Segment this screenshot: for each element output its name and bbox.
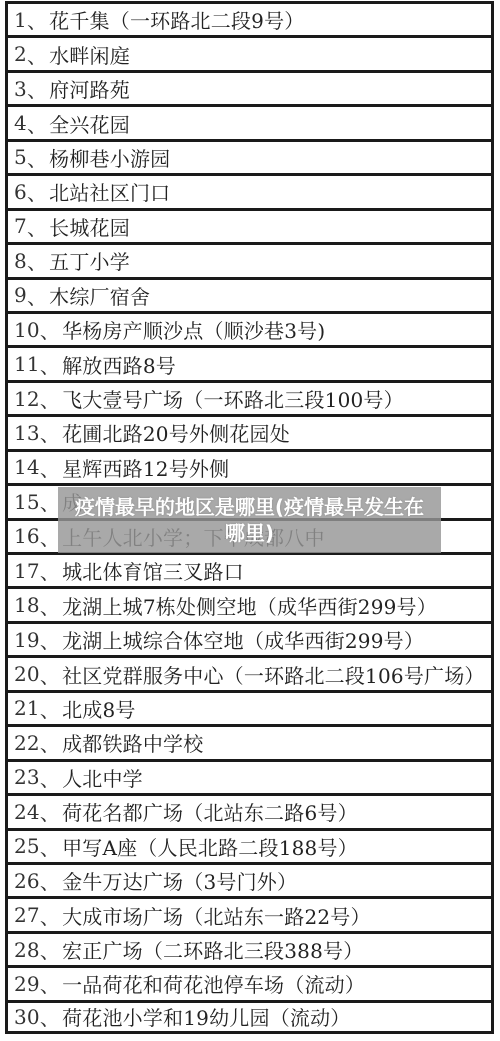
list-item: 8、五丁小学 (8, 242, 491, 276)
item-text: 长城花园 (49, 212, 130, 241)
item-number: 11 (14, 352, 40, 376)
item-text: 花圃北路20号外侧花园处 (62, 418, 290, 447)
item-text: 水畔闲庭 (49, 40, 130, 69)
list-item: 6、北站社区门口 (8, 173, 491, 207)
item-text: 解放西路8号 (62, 350, 176, 379)
list-item: 3、府河路苑 (8, 70, 491, 104)
title-overlay-banner: 疫情最早的地区是哪里(疫情最早发生在哪里) (58, 487, 441, 553)
item-number: 12 (14, 387, 40, 411)
item-number: 28 (14, 938, 40, 962)
item-number: 22 (14, 731, 40, 755)
list-item: 20、社区党群服务中心（一环路北二段106号广场） (8, 655, 491, 689)
item-number: 14 (14, 455, 40, 479)
item-text: 府河路苑 (49, 74, 130, 103)
list-item: 26、金牛万达广场（3号门外） (8, 862, 491, 896)
item-number: 4 (14, 111, 27, 135)
item-text: 成都铁路中学校 (62, 728, 203, 757)
list-item: 7、长城花园 (8, 208, 491, 242)
item-number: 5 (14, 145, 27, 169)
item-separator: 、 (40, 694, 60, 723)
list-item: 29、一品荷花和荷花池停车场（流动） (8, 965, 491, 999)
item-separator: 、 (27, 5, 47, 34)
list-item: 5、杨柳巷小游园 (8, 139, 491, 173)
item-number: 27 (14, 903, 40, 927)
item-text: 全兴花园 (49, 109, 130, 138)
item-text: 一品荷花和荷花池停车场（流动） (62, 969, 365, 998)
item-separator: 、 (40, 315, 60, 344)
item-separator: 、 (27, 212, 47, 241)
list-item: 27、大成市场广场（北站东一路22号） (8, 896, 491, 930)
list-item: 18、龙湖上城7栋处侧空地（成华西街299号） (8, 586, 491, 620)
item-number: 3 (14, 77, 27, 101)
item-separator: 、 (40, 866, 60, 895)
item-number: 17 (14, 559, 40, 583)
item-separator: 、 (40, 625, 60, 654)
item-text: 北站社区门口 (49, 177, 170, 206)
list-item: 21、北成8号 (8, 690, 491, 724)
item-text: 荷花池小学和19幼儿园（流动） (62, 1002, 350, 1031)
item-text: 人北中学 (62, 763, 143, 792)
item-number: 10 (14, 318, 40, 342)
item-number: 18 (14, 593, 40, 617)
list-item: 2、水畔闲庭 (8, 35, 491, 69)
item-number: 13 (14, 421, 40, 445)
item-separator: 、 (40, 384, 60, 413)
list-item: 9、木综厂宿舍 (8, 277, 491, 311)
list-item: 19、龙湖上城综合体空地（成华西街299号） (8, 621, 491, 655)
item-text: 金牛万达广场（3号门外） (62, 866, 297, 895)
item-separator: 、 (40, 728, 60, 757)
item-separator: 、 (40, 935, 60, 964)
item-separator: 、 (40, 763, 60, 792)
item-number: 24 (14, 800, 40, 824)
list-item: 1、花千集（一环路北二段9号） (8, 1, 491, 35)
item-separator: 、 (40, 418, 60, 447)
list-item: 4、全兴花园 (8, 104, 491, 138)
item-number: 9 (14, 283, 27, 307)
item-separator: 、 (40, 901, 60, 930)
item-text: 北成8号 (62, 694, 136, 723)
item-text: 甲写A座（人民北路二段188号） (62, 832, 358, 861)
list-item: 10、华杨房产顺沙点（顺沙巷3号) (8, 311, 491, 345)
item-text: 木综厂宿舍 (49, 281, 150, 310)
item-text: 社区党群服务中心（一环路北二段106号广场） (62, 660, 485, 689)
item-number: 15 (14, 490, 40, 514)
item-separator: 、 (40, 969, 60, 998)
item-separator: 、 (40, 591, 60, 620)
item-number: 25 (14, 834, 40, 858)
item-separator: 、 (27, 109, 47, 138)
item-separator: 、 (27, 281, 47, 310)
item-separator: 、 (40, 660, 60, 689)
item-text: 星辉西路12号外侧 (62, 453, 229, 482)
item-text: 城北体育馆三叉路口 (62, 556, 244, 585)
item-number: 6 (14, 180, 27, 204)
item-number: 21 (14, 696, 40, 720)
item-number: 20 (14, 662, 40, 686)
list-item: 22、成都铁路中学校 (8, 724, 491, 758)
item-separator: 、 (27, 177, 47, 206)
item-number: 16 (14, 524, 40, 548)
item-text: 飞大壹号广场（一环路北三段100号） (62, 384, 404, 413)
item-number: 19 (14, 628, 40, 652)
item-separator: 、 (40, 350, 60, 379)
item-number: 23 (14, 765, 40, 789)
item-number: 8 (14, 249, 27, 273)
list-item: 23、人北中学 (8, 759, 491, 793)
item-separator: 、 (40, 797, 60, 826)
item-separator: 、 (40, 1002, 60, 1031)
item-text: 龙湖上城7栋处侧空地（成华西街299号） (62, 591, 437, 620)
item-separator: 、 (27, 143, 47, 172)
item-text: 宏正广场（二环路北三段388号） (62, 935, 363, 964)
item-number: 7 (14, 214, 27, 238)
list-item: 30、荷花池小学和19幼儿园（流动） (8, 1000, 491, 1034)
item-text: 大成市场广场（北站东一路22号） (62, 901, 371, 930)
item-separator: 、 (27, 40, 47, 69)
item-text: 华杨房产顺沙点（顺沙巷3号) (62, 315, 325, 344)
list-item: 12、飞大壹号广场（一环路北三段100号） (8, 380, 491, 414)
list-item: 17、城北体育馆三叉路口 (8, 552, 491, 586)
overlay-title: 疫情最早的地区是哪里(疫情最早发生在哪里) (68, 494, 431, 546)
item-number: 2 (14, 42, 27, 66)
list-item: 14、星辉西路12号外侧 (8, 449, 491, 483)
list-item: 11、解放西路8号 (8, 345, 491, 379)
list-item: 25、甲写A座（人民北路二段188号） (8, 828, 491, 862)
item-text: 荷花名都广场（北站东二路6号） (62, 797, 358, 826)
item-number: 1 (14, 8, 27, 32)
list-item: 28、宏正广场（二环路北三段388号） (8, 931, 491, 965)
item-text: 龙湖上城综合体空地（成华西街299号） (62, 625, 424, 654)
list-item: 13、花圃北路20号外侧花园处 (8, 414, 491, 448)
list-item: 24、荷花名都广场（北站东二路6号） (8, 793, 491, 827)
item-text: 杨柳巷小游园 (49, 143, 170, 172)
item-text: 五丁小学 (49, 246, 130, 275)
item-number: 26 (14, 869, 40, 893)
item-number: 29 (14, 972, 40, 996)
item-text: 花千集（一环路北二段9号） (49, 5, 304, 34)
item-separator: 、 (40, 556, 60, 585)
item-separator: 、 (27, 74, 47, 103)
item-separator: 、 (40, 832, 60, 861)
item-separator: 、 (27, 246, 47, 275)
item-number: 30 (14, 1005, 40, 1029)
item-separator: 、 (40, 453, 60, 482)
